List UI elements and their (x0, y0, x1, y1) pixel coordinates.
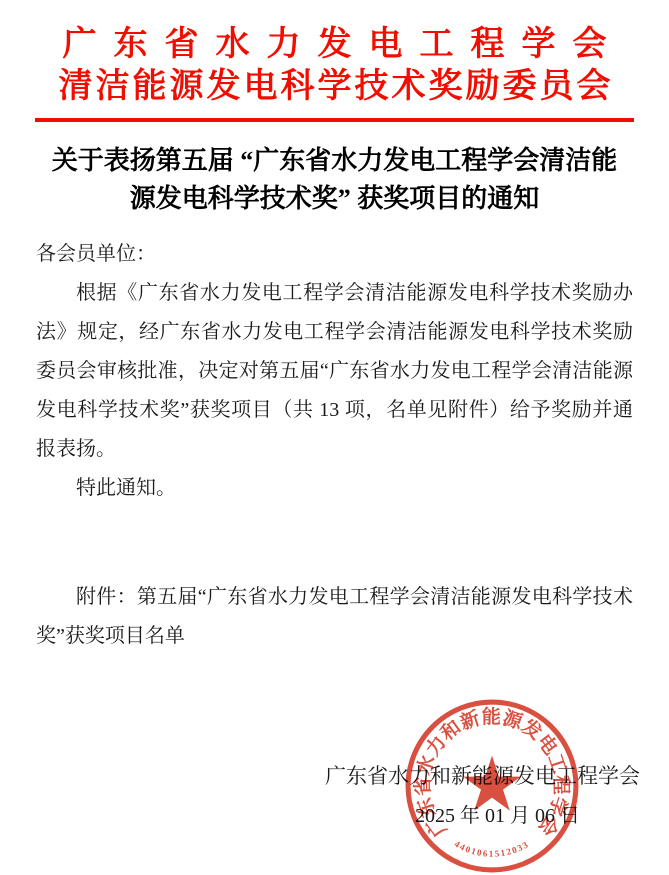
notice-body: 各会员单位： 根据《广东省水力发电工程学会清洁能源发电科学技术奖励办法》规定，经… (36, 235, 633, 656)
attachment-line: 附件：第五届“广东省水力发电工程学会清洁能源发电科学技术奖”获奖项目名单 (36, 578, 633, 656)
notice-title: 关于表扬第五届 “广东省水力发电工程学会清洁能源发电科学技术奖” 获奖项目的通知 (42, 142, 627, 218)
notice-document-page: 广东省水力发电工程学会 清洁能源发电科学技术奖励委员会 关于表扬第五届 “广东省… (0, 0, 669, 875)
letterhead-line2: 清洁能源发电科学技术奖励委员会 (3, 66, 669, 108)
signature-organization: 广东省水力和新能源发电工程学会 (0, 764, 669, 788)
signature-block: 广东省水力和新能源发电工程学会 2025 年 01 月 06 日 (0, 764, 669, 828)
letterhead: 广东省水力发电工程学会 清洁能源发电科学技术奖励委员会 (0, 0, 669, 108)
seal-serial-wrapper: 4401061512033 (453, 839, 531, 859)
letterhead-line1: 广东省水力发电工程学会 (17, 24, 669, 66)
seal-serial-number: 4401061512033 (453, 839, 531, 859)
letterhead-divider (35, 118, 634, 122)
closing-line: 特此通知。 (36, 469, 633, 508)
salutation: 各会员单位： (36, 235, 633, 274)
signature-date: 2025 年 01 月 06 日 (0, 804, 669, 828)
body-paragraph: 根据《广东省水力发电工程学会清洁能源发电科学技术奖励办法》规定，经广东省水力发电… (36, 274, 633, 469)
